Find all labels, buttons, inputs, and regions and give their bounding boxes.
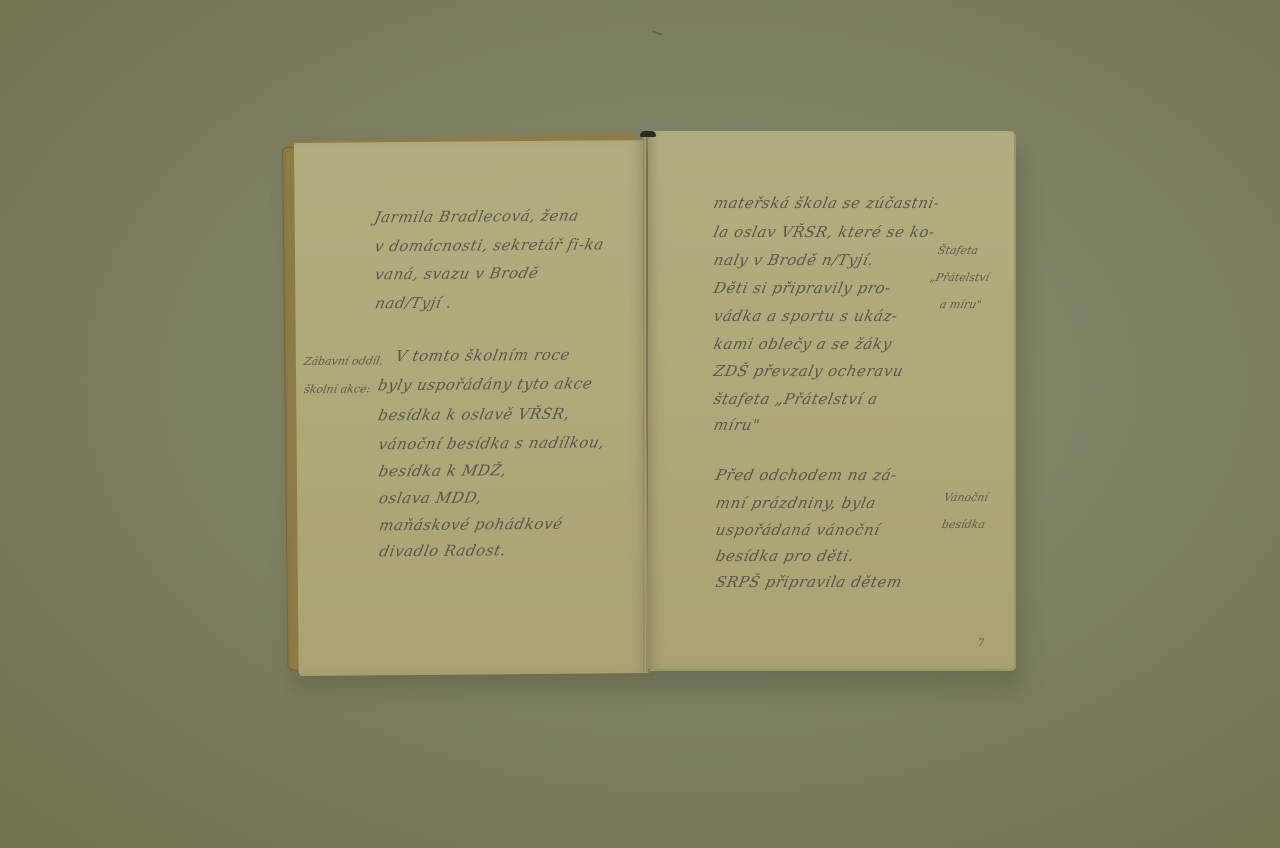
margin-note: „Přátelství (929, 271, 991, 284)
scanned-notebook-scene: Jarmila Bradlecová, žena v domácnosti, s… (0, 0, 1280, 848)
handwritten-line: nad/Tyjí . (374, 294, 454, 313)
handwritten-line: besídka k MDŽ, (377, 461, 509, 480)
handwritten-line: míru" (712, 416, 762, 434)
margin-note: a míru" (939, 298, 983, 311)
binding-clip (640, 131, 656, 137)
handwritten-line: mní prázdniny, byla (714, 494, 878, 512)
handwritten-line: vánoční besídka s nadílkou, (377, 433, 607, 453)
handwritten-line: naly v Brodě n/Tyjí. (712, 251, 876, 269)
handwritten-line: ZDŠ převzaly ocheravu (712, 362, 905, 380)
handwritten-line: vaná, svazu v Brodě (373, 264, 540, 283)
margin-note: Vánoční (943, 491, 990, 504)
handwritten-line: uspořádaná vánoční (714, 521, 882, 539)
handwritten-line: Děti si připravily pro- (712, 279, 893, 297)
handwritten-line: kami oblečy a se žáky (712, 335, 894, 353)
handwritten-line: mateřská škola se zúčastni- (712, 194, 942, 212)
handwritten-line: v domácnosti, sekretář fi-ka (373, 235, 606, 255)
handwritten-line: maňáskové pohádkové (378, 515, 565, 535)
handwritten-line: Jarmila Bradlecová, žena (373, 207, 581, 227)
handwritten-line: Před odchodem na zá- (714, 466, 899, 484)
book-gutter (643, 133, 646, 673)
background-mark (652, 30, 662, 35)
margin-note: Zábavní oddíl, (303, 354, 385, 368)
margin-note: školní akce: (303, 382, 372, 396)
handwritten-line: byly uspořádány tyto akce (376, 374, 594, 394)
margin-note: Štafeta (937, 244, 980, 257)
handwritten-line: besídka pro děti. (714, 547, 856, 565)
handwritten-line: V tomto školním roce (394, 346, 572, 366)
handwritten-line: oslava MDD, (377, 488, 484, 507)
left-page: Jarmila Bradlecová, žena v domácnosti, s… (294, 140, 649, 676)
handwritten-line: vádka a sportu s ukáz- (712, 307, 900, 325)
right-page: mateřská škola se zúčastni- la oslav VŘS… (648, 131, 1014, 669)
handwritten-line: štafeta „Přátelství a (712, 390, 880, 408)
margin-note: besídka (941, 518, 987, 531)
handwritten-line: SRPŠ připravila dětem (714, 573, 904, 591)
handwritten-line: divadlo Radost. (378, 541, 508, 560)
handwritten-line: besídka k oslavě VŘSR, (377, 405, 572, 425)
page-number: 7 (978, 638, 984, 649)
handwritten-line: la oslav VŘSR, které se ko- (712, 223, 937, 241)
